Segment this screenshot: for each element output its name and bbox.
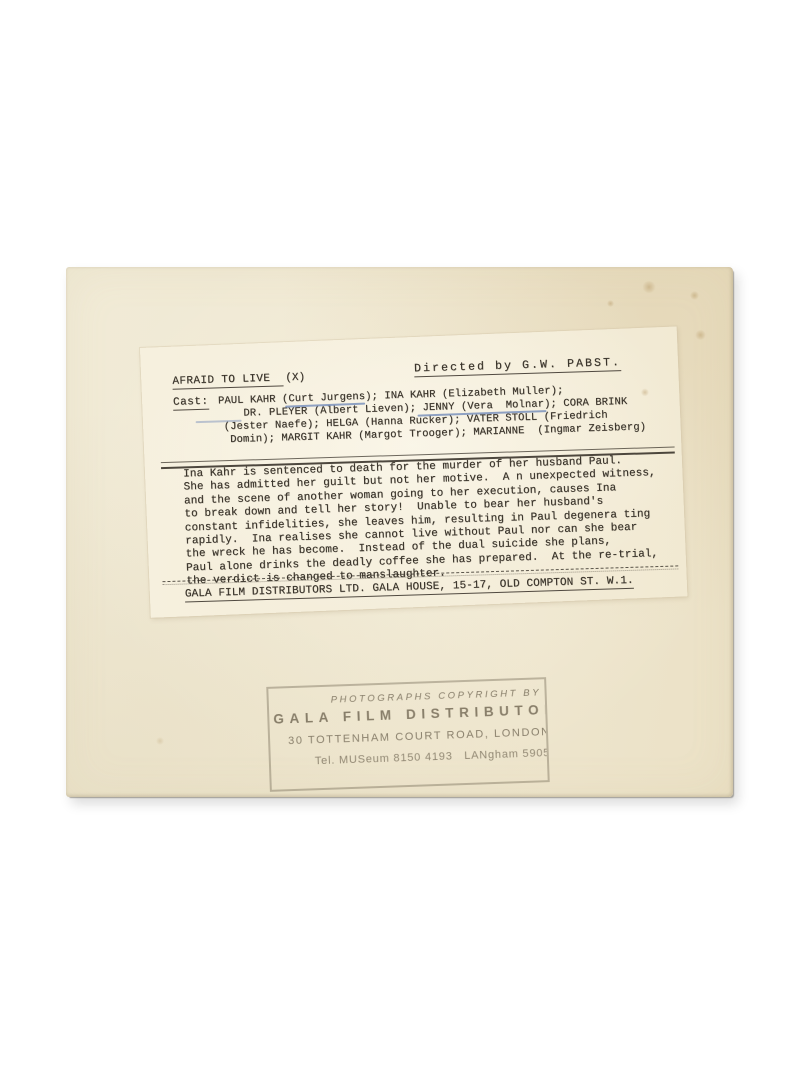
foxing-spot: [690, 291, 699, 300]
scan-background: AFRAID TO LIVE (X) Directed by G.W. PABS…: [0, 0, 800, 1067]
cast-heading: Cast:: [173, 396, 209, 411]
typed-label: AFRAID TO LIVE (X) Directed by G.W. PABS…: [140, 326, 687, 617]
foxing-spot: [695, 330, 706, 340]
foxing-spot: [642, 281, 656, 293]
film-title: AFRAID TO LIVE: [172, 372, 283, 389]
stamp-company-line: GALA FILM DISTRIBUTORS LTD: [273, 699, 550, 726]
foxing-spot: [156, 737, 164, 745]
stamp-address-line: 30 TOTTENHAM COURT ROAD, LONDON, W.1: [288, 725, 550, 747]
photo-back: AFRAID TO LIVE (X) Directed by G.W. PABS…: [66, 267, 733, 797]
foxing-spot: [607, 300, 614, 307]
cast-block: Cast: PAUL KAHR (Curt Jurgens); INA KAHR…: [143, 381, 681, 449]
certificate-rating: (X): [285, 372, 305, 385]
stamp-phone-line: Tel. MUSeum 8150 4193 LANgham 5905: [315, 747, 550, 767]
typed-label-content: AFRAID TO LIVE (X) Directed by G.W. PABS…: [141, 331, 686, 617]
director-credit: Directed by G.W. PABST.: [414, 356, 621, 377]
copyright-stamp: PHOTOGRAPHS COPYRIGHT BY GALA FILM DISTR…: [266, 677, 549, 792]
